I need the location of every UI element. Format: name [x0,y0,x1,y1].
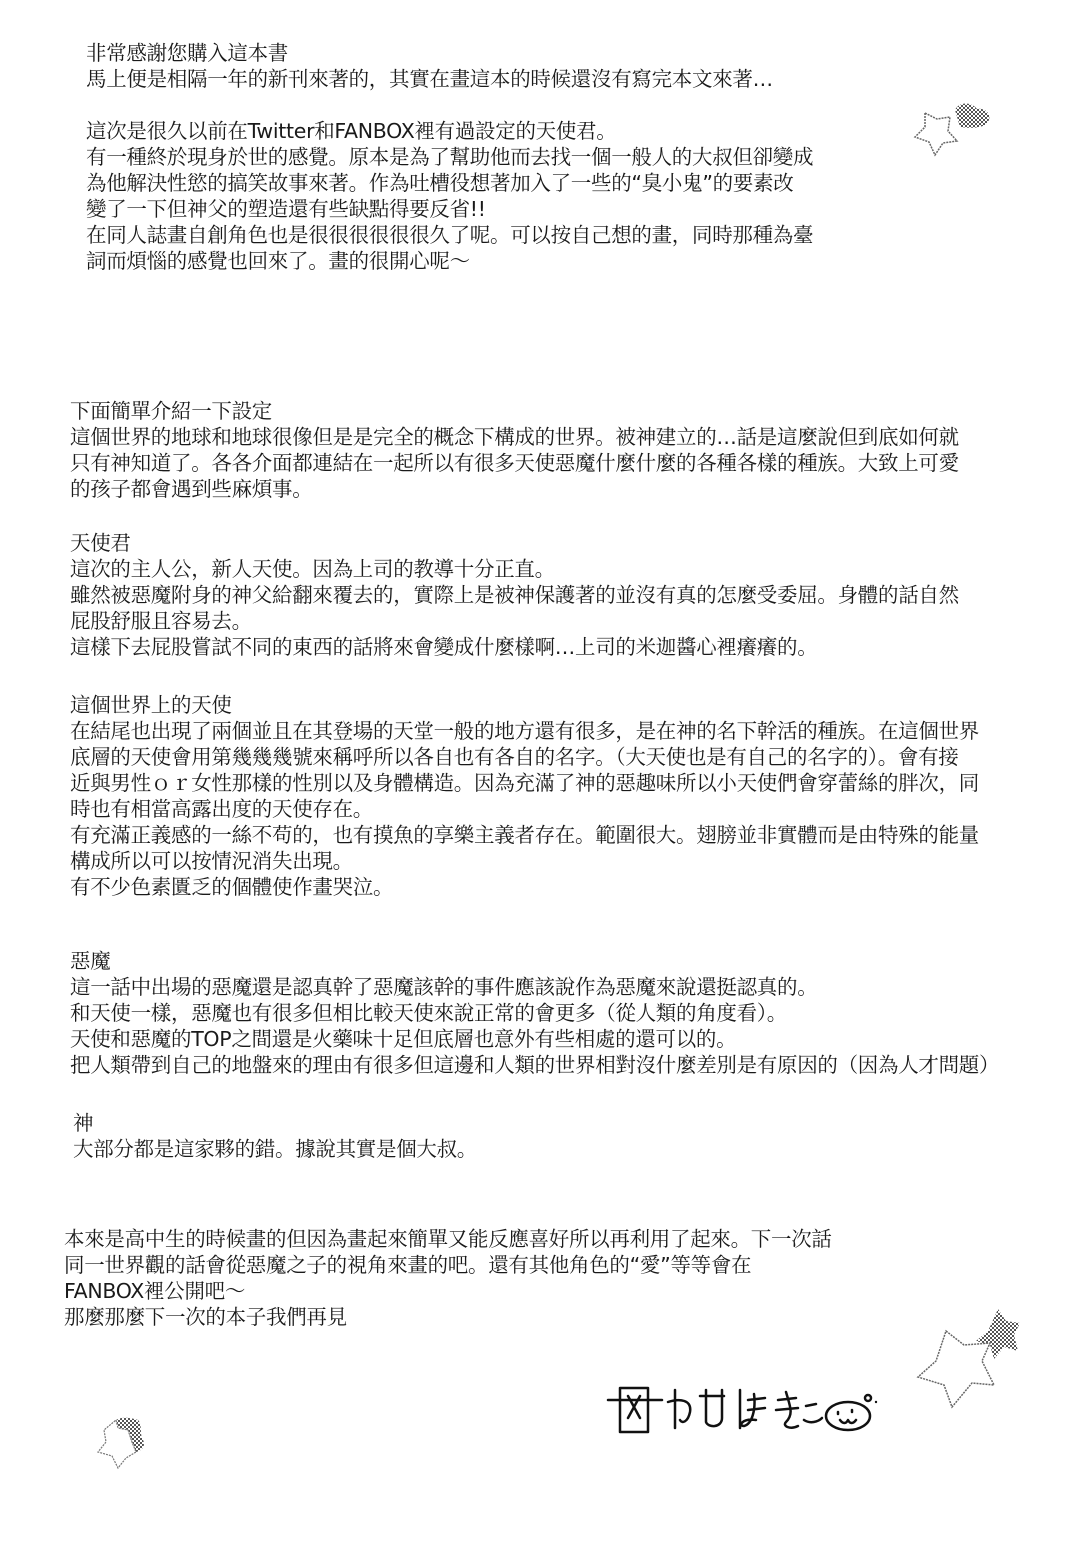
star-outline-with-tone-icon [88,1410,158,1470]
setting-line: 的孩子都會遇到些麻煩事。 [70,476,312,502]
angels-line: 在結尾也出現了兩個並且在其登場的天堂一般的地方還有很多，是在神的名下幹活的種族。… [70,718,979,744]
section-title: 下面簡單介紹一下設定 [70,398,272,424]
about-line: 詞而煩惱的感覺也回來了。畫的很開心呢～ [86,248,470,274]
outro-line: FANBOX裡公開吧～ [64,1278,245,1304]
outro-line: 本來是高中生的時候畫的但因為畫起來簡單又能反應喜好所以再利用了起來。下一次話 [64,1226,832,1252]
demons-line: 和天使一樣，惡魔也有很多但相比較天使來說正常的會更多（從人類的角度看）。 [70,1000,787,1026]
angels-line: 時也有相當高露出度的天使存在。 [70,796,373,822]
section-title: 神 [73,1110,93,1136]
demons-line: 把人類帶到自己的地盤來的理由有很多但這邊和人類的世界相對沒什麼差別是有原因的（因… [70,1052,999,1078]
angel-kun-line: 這次的主人公，新人天使。因為上司的教導十分正直。 [70,556,555,582]
angels-line: 近與男性ｏｒ女性那樣的性別以及身體構造。因為充滿了神的惡趣味所以小天使們會穿蕾絲… [70,770,979,796]
outro-line: 同一世界觀的話會從惡魔之子的視角來畫的吧。還有其他角色的“愛”等等會在 [64,1252,751,1278]
handwritten-signature-icon [600,1370,880,1450]
star-outline-with-tone-star-icon [910,1305,1040,1420]
about-line: 在同人誌畫自創角色也是很很很很很很久了呢。可以按自己想的畫，同時那種為臺 [86,222,813,248]
setting-line: 只有神知道了。各各介面都連結在一起所以有很多天使惡魔什麼什麼的各種各樣的種族。大… [70,450,959,476]
setting-line: 這個世界的地球和地球很像但是是完全的概念下構成的世界。被神建立的…話是這麼說但到… [70,424,959,450]
about-line: 變了一下但神父的塑造還有些缺點得要反省!! [86,196,486,222]
outro-line: 那麼那麼下一次的本子我們再見 [64,1304,347,1330]
god-line: 大部分都是這家夥的錯。據說其實是個大叔。 [73,1136,477,1162]
angel-kun-line: 這樣下去屁股嘗試不同的東西的話將來會變成什麼樣啊…上司的米迦醬心裡癢癢的。 [70,634,817,660]
about-line: 這次是很久以前在Twitter和FANBOX裡有過設定的天使君。 [86,118,616,144]
intro-line: 馬上便是相隔一年的新刊來著的，其實在畫這本的時候還沒有寫完本文來著… [86,66,773,92]
about-line: 有一種終於現身於世的感覺。原本是為了幫助他而去找一個一般人的大叔但卻變成 [86,144,813,170]
about-line: 為他解決性慾的搞笑故事來著。作為吐槽役想著加入了一些的“臭小鬼”的要素改 [86,170,793,196]
section-title: 這個世界上的天使 [70,692,232,718]
angels-line: 構成所以可以按情況消失出現。 [70,848,353,874]
demons-line: 天使和惡魔的TOP之間還是火藥味十足但底層也意外有些相處的還可以的。 [70,1026,736,1052]
angels-line: 有不少色素匱乏的個體使作畫哭泣。 [70,874,393,900]
section-title: 天使君 [70,530,131,556]
angel-kun-line: 雖然被惡魔附身的神父給翻來覆去的，實際上是被神保護著的並沒有真的怎麼受委屈。身體… [70,582,959,608]
angels-line: 有充滿正義感的一絲不苟的，也有摸魚的享樂主義者存在。範圍很大。翅膀並非實體而是由… [70,822,979,848]
demons-line: 這一話中出場的惡魔還是認真幹了惡魔該幹的事件應該說作為惡魔來說還挺認真的。 [70,974,817,1000]
angels-line: 底層的天使會用第幾幾幾號來稱呼所以各自也有各自的名字。（大天使也是有自己的名字的… [70,744,959,770]
section-title: 惡魔 [70,948,110,974]
angel-kun-line: 屁股舒服且容易去。 [70,608,252,634]
star-outline-with-cloud-icon [895,95,1015,175]
intro-line: 非常感謝您購入這本書 [86,40,288,66]
